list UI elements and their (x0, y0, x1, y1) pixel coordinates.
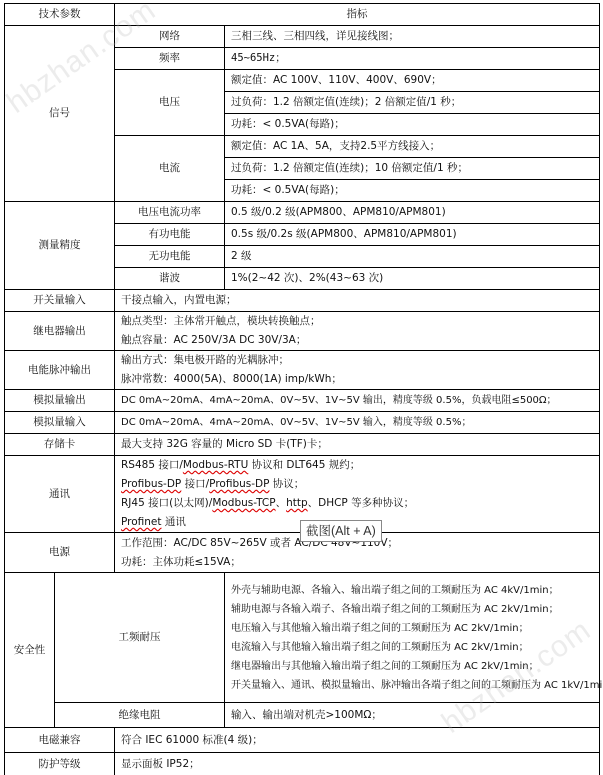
relay-type: 触点类型：主体常开触点，模块转换触点； (121, 312, 593, 331)
comm-text: RS485 接口/ (121, 459, 183, 471)
spellcheck-word: http (286, 497, 308, 509)
protection-label: 防护等级 (5, 753, 115, 775)
withstand-line: 电流输入与其他输入输出端子组之间的工频耐压为 AC 2kV/1min； (231, 638, 593, 657)
withstand-line: 继电器输出与其他输入输出端子组之间的工频耐压为 AC 2kV/1min； (231, 657, 593, 676)
header-spec: 指标 (115, 4, 600, 26)
spellcheck-word: Profibus-DP (121, 478, 181, 490)
storage-value: 最大支持 32G 容量的 Micro SD 卡(TF)卡； (115, 434, 600, 456)
current-power: 功耗：< 0.5VA(每路)； (225, 180, 600, 202)
current-overload: 过负荷：1.2 倍额定值(连续)；10 倍额定值/1 秒； (225, 158, 600, 180)
table-row: 绝缘电阻 输入、输出端对机壳>100MΩ； (5, 703, 600, 728)
analog-input-label: 模拟量输入 (5, 412, 115, 434)
withstand-line: 外壳与辅助电源、各输入、输出端子组之间的工频耐压为 AC 4kV/1min； (231, 581, 593, 600)
spellcheck-word: Modbus-RTU (183, 459, 248, 471)
withstand-value: 外壳与辅助电源、各输入、输出端子组之间的工频耐压为 AC 4kV/1min； 辅… (225, 573, 600, 703)
table-row: 防护等级 显示面板 IP52； (5, 753, 600, 775)
comm-text: 、 (276, 497, 287, 509)
spellcheck-word: Profinet (121, 516, 162, 528)
pulse-mode: 输出方式：集电极开路的光耦脉冲； (121, 351, 593, 370)
comm-text: 通讯 (162, 516, 186, 528)
pulse-output-value: 输出方式：集电极开路的光耦脉冲； 脉冲常数：4000(5A)、8000(1A) … (115, 351, 600, 390)
comm-rj45: RJ45 接口(以太网)/Modbus-TCP、http、DHCP 等多种协议； (121, 494, 593, 513)
emc-value: 符合 IEC 61000 标准(4 级)； (115, 728, 600, 753)
header-row: 技术参数 指标 (5, 4, 600, 26)
power-consumption: 功耗：主体功耗≤15VA； (121, 553, 593, 572)
comm-profibus: Profibus-DP 接口/Profibus-DP 协议； (121, 475, 593, 494)
voltage-power: 功耗：< 0.5VA(每路)； (225, 114, 600, 136)
relay-output-value: 触点类型：主体常开触点，模块转换触点； 触点容量：AC 250V/3A DC 3… (115, 312, 600, 351)
table-row: 测量精度 电压电流功率 0.5 级/0.2 级(APM800、APM810/AP… (5, 202, 600, 224)
screenshot-tooltip: 截图(Alt + A) (300, 520, 382, 542)
spellcheck-word: Profibus-DP (209, 478, 269, 490)
pulse-output-label: 电能脉冲输出 (5, 351, 115, 390)
insulation-value: 输入、输出端对机壳>100MΩ； (225, 703, 600, 728)
comm-rs485: RS485 接口/Modbus-RTU 协议和 DLT645 规约； (121, 456, 593, 475)
comm-text: 、DHCP 等多种协议； (308, 497, 414, 509)
accuracy-reactive-value: 2 级 (225, 246, 600, 268)
current-label: 电流 (115, 136, 225, 202)
withstand-line: 开关量输入、通讯、模拟量输出、脉冲输出各端子组之间的工频耐压为 AC 1kV/1… (231, 676, 593, 695)
current-rated: 额定值：AC 1A、5A，支持2.5平方线接入； (225, 136, 600, 158)
comm-text: 协议； (269, 478, 304, 490)
signal-label: 信号 (5, 26, 115, 202)
protection-value: 显示面板 IP52； (115, 753, 600, 775)
accuracy-active-label: 有功电能 (115, 224, 225, 246)
network-value: 三相三线、三相四线，详见接线图； (225, 26, 600, 48)
relay-output-label: 继电器输出 (5, 312, 115, 351)
table-row: 继电器输出 触点类型：主体常开触点，模块转换触点； 触点容量：AC 250V/3… (5, 312, 600, 351)
relay-capacity: 触点容量：AC 250V/3A DC 30V/3A； (121, 331, 593, 350)
voltage-overload: 过负荷：1.2 倍额定值(连续)；2 倍额定值/1 秒； (225, 92, 600, 114)
table-row: 安全性 工频耐压 外壳与辅助电源、各输入、输出端子组之间的工频耐压为 AC 4k… (5, 573, 600, 703)
switch-input-label: 开关量输入 (5, 290, 115, 312)
frequency-label: 频率 (115, 48, 225, 70)
table-row: 模拟量输出 DC 0mA~20mA、4mA~20mA、0V~5V、1V~5V 输… (5, 390, 600, 412)
analog-output-value: DC 0mA~20mA、4mA~20mA、0V~5V、1V~5V 输出，精度等级… (115, 390, 600, 412)
accuracy-harmonic-label: 谐波 (115, 268, 225, 290)
safety-label: 安全性 (5, 573, 55, 728)
spellcheck-word: Modbus-TCP (212, 497, 275, 509)
accuracy-vip-value: 0.5 级/0.2 级(APM800、APM810/APM801) (225, 202, 600, 224)
withstand-line: 电压输入与其他输入输出端子组之间的工频耐压为 AC 2kV/1min； (231, 619, 593, 638)
withstand-label: 工频耐压 (55, 573, 225, 703)
table-row: 电磁兼容 符合 IEC 61000 标准(4 级)； (5, 728, 600, 753)
withstand-line: 辅助电源与各输入端子、各输出端子组之间的工频耐压为 AC 2kV/1min； (231, 600, 593, 619)
emc-label: 电磁兼容 (5, 728, 115, 753)
analog-input-value: DC 0mA~20mA、4mA~20mA、0V~5V、1V~5V 输入，精度等级… (115, 412, 600, 434)
spec-table: 技术参数 指标 信号 网络 三相三线、三相四线，详见接线图； 频率 45~65H… (4, 3, 600, 775)
accuracy-harmonic-value: 1%(2~42 次)、2%(43~63 次) (225, 268, 600, 290)
storage-label: 存储卡 (5, 434, 115, 456)
comm-text: 协议和 DLT645 规约； (248, 459, 360, 471)
header-param: 技术参数 (5, 4, 115, 26)
voltage-rated: 额定值：AC 100V、110V、400V、690V； (225, 70, 600, 92)
analog-output-label: 模拟量输出 (5, 390, 115, 412)
table-row: 开关量输入 干接点输入，内置电源； (5, 290, 600, 312)
accuracy-vip-label: 电压电流功率 (115, 202, 225, 224)
table-row: 信号 网络 三相三线、三相四线，详见接线图； (5, 26, 600, 48)
frequency-value: 45~65Hz； (225, 48, 600, 70)
comm-label: 通讯 (5, 456, 115, 533)
voltage-label: 电压 (115, 70, 225, 136)
accuracy-active-value: 0.5s 级/0.2s 级(APM800、APM810/APM801) (225, 224, 600, 246)
accuracy-reactive-label: 无功电能 (115, 246, 225, 268)
power-label: 电源 (5, 533, 115, 573)
table-row: 存储卡 最大支持 32G 容量的 Micro SD 卡(TF)卡； (5, 434, 600, 456)
pulse-constant: 脉冲常数：4000(5A)、8000(1A) imp/kWh； (121, 370, 593, 389)
table-row: 电能脉冲输出 输出方式：集电极开路的光耦脉冲； 脉冲常数：4000(5A)、80… (5, 351, 600, 390)
insulation-label: 绝缘电阻 (55, 703, 225, 728)
table-row: 模拟量输入 DC 0mA~20mA、4mA~20mA、0V~5V、1V~5V 输… (5, 412, 600, 434)
comm-text: RJ45 接口(以太网)/ (121, 497, 212, 509)
accuracy-label: 测量精度 (5, 202, 115, 290)
switch-input-value: 干接点输入，内置电源； (115, 290, 600, 312)
comm-text: 接口/ (181, 478, 209, 490)
network-label: 网络 (115, 26, 225, 48)
